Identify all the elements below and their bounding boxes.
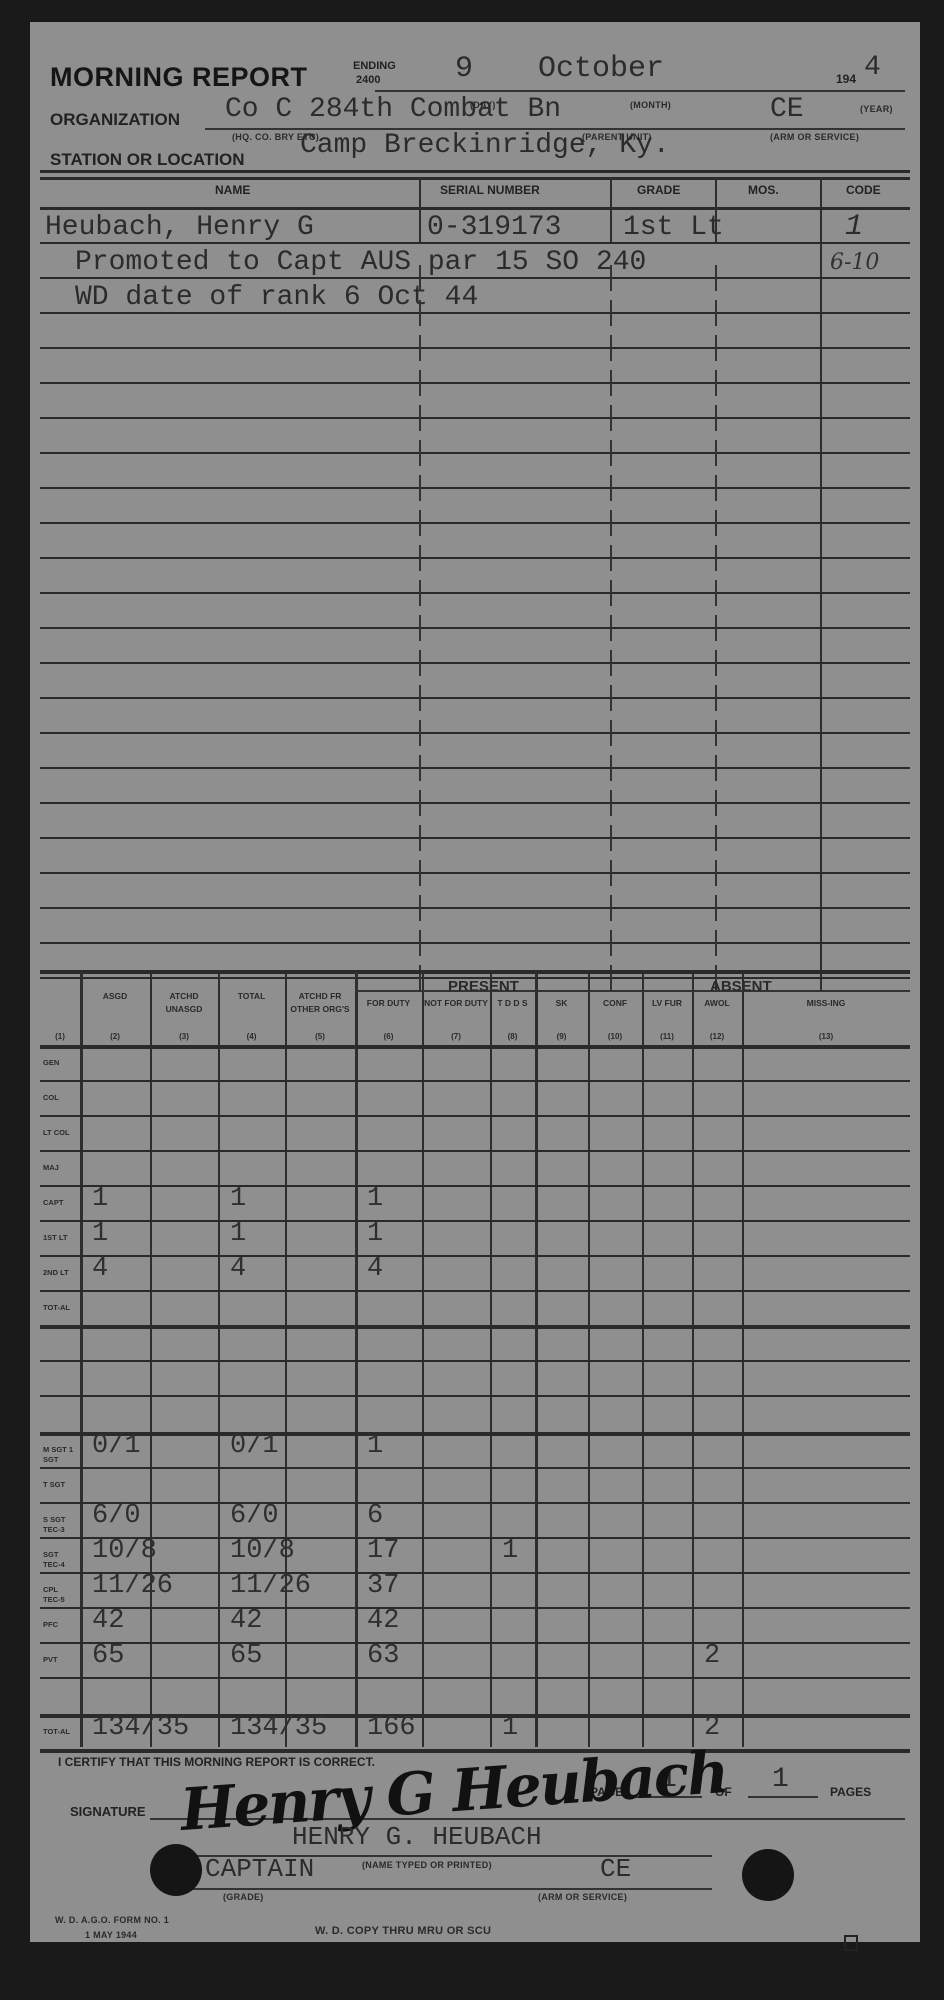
cell-asgd: 42 <box>92 1606 124 1636</box>
column-header: ATCHD UNASGD <box>150 990 218 1016</box>
cell-total: 134/35 <box>230 1713 327 1743</box>
cell-total: 42 <box>230 1606 262 1636</box>
column-number: (7) <box>422 1030 490 1043</box>
column-header: CONF <box>588 997 642 1010</box>
column-header: MISS-ING <box>742 997 910 1010</box>
column-number: (1) <box>40 1030 80 1043</box>
cell-asgd: 4 <box>92 1254 108 1284</box>
station-value: Camp Breckinridge, Ky. <box>300 130 670 161</box>
cell-for-duty: 42 <box>367 1606 399 1636</box>
column-number: (3) <box>150 1030 218 1043</box>
entry-grade: 1st Lt <box>623 212 724 243</box>
typed-name: HENRY G. HEUBACH <box>292 1822 542 1852</box>
form-number: W. D. A.G.O. FORM NO. 1 <box>55 1915 169 1925</box>
report-day: 9 <box>455 52 473 86</box>
column-header: FOR DUTY <box>355 997 422 1010</box>
report-year-suffix: 4 <box>864 52 881 83</box>
row-label: 1ST LT <box>43 1233 77 1243</box>
form-date: 1 MAY 1944 <box>85 1930 137 1940</box>
row-label: TOT-AL <box>43 1303 77 1313</box>
row-label: COL <box>43 1093 77 1103</box>
service-value: CE <box>600 1854 631 1884</box>
year-prefix: 194 <box>836 72 856 86</box>
row-label: PVT <box>43 1655 77 1665</box>
grade-value: CAPTAIN <box>205 1854 314 1884</box>
column-number: (10) <box>588 1030 642 1043</box>
entry-rank-date-text: WD date of rank 6 Oct 44 <box>75 282 478 313</box>
column-header: T D D S <box>490 997 535 1010</box>
corner-box <box>844 1935 858 1951</box>
cell-asgd: 10/8 <box>92 1536 157 1566</box>
cell-for-duty: 4 <box>367 1254 383 1284</box>
column-number: (2) <box>80 1030 150 1043</box>
entry-promotion-text: Promoted to Capt AUS par 15 SO 240 <box>75 247 646 278</box>
column-header: NOT FOR DUTY <box>422 997 490 1010</box>
cell-asgd: 1 <box>92 1184 108 1214</box>
cell-total: 4 <box>230 1254 246 1284</box>
cell-for-duty: 166 <box>367 1713 416 1743</box>
absent-label: ABSENT <box>710 978 772 995</box>
signature-label: SIGNATURE <box>70 1804 146 1819</box>
row-label: LT COL <box>43 1128 77 1138</box>
cell-asgd: 1 <box>92 1219 108 1249</box>
cell-total: 11/26 <box>230 1571 311 1601</box>
form-title: MORNING REPORT <box>50 62 308 93</box>
cell-asgd: 134/35 <box>92 1713 189 1743</box>
column-number: (5) <box>285 1030 355 1043</box>
cell-for-duty: 1 <box>367 1219 383 1249</box>
row-label: T SGT <box>43 1480 77 1490</box>
header-serial-number: SERIAL NUMBER <box>440 183 540 197</box>
column-number: (12) <box>692 1030 742 1043</box>
header-code: CODE <box>846 183 881 197</box>
cell-total: 1 <box>230 1219 246 1249</box>
organization-label: ORGANIZATION <box>50 110 180 130</box>
cell-tdds: 1 <box>502 1536 518 1566</box>
cell-asgd: 0/1 <box>92 1431 141 1461</box>
cell-for-duty: 1 <box>367 1431 383 1461</box>
name-caption: (NAME TYPED OR PRINTED) <box>362 1860 492 1870</box>
row-label: PFC <box>43 1620 77 1630</box>
arm-caption: (ARM OR SERVICE) <box>770 132 859 142</box>
row-label: M SGT 1 SGT <box>43 1445 77 1465</box>
ending-label: ENDING <box>353 60 396 72</box>
column-header: TOTAL <box>218 990 285 1003</box>
copy-note: W. D. COPY THRU MRU OR SCU <box>315 1925 491 1937</box>
present-label: PRESENT <box>448 978 519 995</box>
header-name: NAME <box>215 183 250 197</box>
column-number: (6) <box>355 1030 422 1043</box>
row-label: SGT TEC-4 <box>43 1550 77 1570</box>
cell-for-duty: 37 <box>367 1571 399 1601</box>
column-header: LV FUR <box>642 997 692 1010</box>
report-month: October <box>538 52 664 86</box>
year-caption: (YEAR) <box>860 104 893 114</box>
cell-awol: 2 <box>704 1641 720 1671</box>
cell-asgd: 6/0 <box>92 1501 141 1531</box>
header-grade: GRADE <box>637 183 680 197</box>
cell-total: 0/1 <box>230 1431 279 1461</box>
cell-asgd: 11/26 <box>92 1571 173 1601</box>
entry-code: 1 <box>845 210 863 244</box>
row-label: S SGT TEC-3 <box>43 1515 77 1535</box>
row-label: 2ND LT <box>43 1268 77 1278</box>
cell-for-duty: 17 <box>367 1536 399 1566</box>
column-header: AWOL <box>692 997 742 1010</box>
column-number: (8) <box>490 1030 535 1043</box>
row-label: CPL TEC-5 <box>43 1585 77 1605</box>
page-total: 1 <box>772 1764 789 1795</box>
entry-name: Heubach, Henry G <box>45 212 314 243</box>
station-label: STATION OR LOCATION <box>50 150 245 170</box>
column-header: ASGD <box>80 990 150 1003</box>
cell-total: 10/8 <box>230 1536 295 1566</box>
cell-for-duty: 63 <box>367 1641 399 1671</box>
morning-report-form: MORNING REPORT ENDING 2400 9 October 194… <box>30 22 920 1942</box>
header-mos: MOS. <box>748 183 779 197</box>
column-number: (11) <box>642 1030 692 1043</box>
cell-asgd: 65 <box>92 1641 124 1671</box>
column-number: (4) <box>218 1030 285 1043</box>
cell-for-duty: 1 <box>367 1184 383 1214</box>
service-caption: (ARM OR SERVICE) <box>538 1892 627 1902</box>
cell-for-duty: 6 <box>367 1501 383 1531</box>
row-label: MAJ <box>43 1163 77 1173</box>
row-label: CAPT <box>43 1198 77 1208</box>
column-number: (9) <box>535 1030 588 1043</box>
row-label: TOT-AL <box>43 1727 77 1737</box>
punch-hole-right <box>742 1849 794 1901</box>
entry-promotion-code: 6-10 <box>830 250 879 275</box>
cell-total: 6/0 <box>230 1501 279 1531</box>
cell-tdds: 1 <box>502 1713 518 1743</box>
organization-service: CE <box>770 94 804 125</box>
column-header: SK <box>535 997 588 1010</box>
cell-total: 1 <box>230 1184 246 1214</box>
punch-hole-left <box>150 1844 202 1896</box>
row-label: GEN <box>43 1058 77 1068</box>
column-number: (13) <box>742 1030 910 1043</box>
column-header: ATCHD FR OTHER ORG'S <box>285 990 355 1016</box>
organization-value: Co C 284th Combat Bn <box>225 94 561 125</box>
month-caption: (MONTH) <box>630 100 671 110</box>
grade-caption: (GRADE) <box>223 1892 264 1902</box>
cell-total: 65 <box>230 1641 262 1671</box>
ending-time-label: 2400 <box>356 74 380 86</box>
entry-serial: 0-319173 <box>427 212 561 243</box>
pages-label: PAGES <box>830 1785 871 1799</box>
